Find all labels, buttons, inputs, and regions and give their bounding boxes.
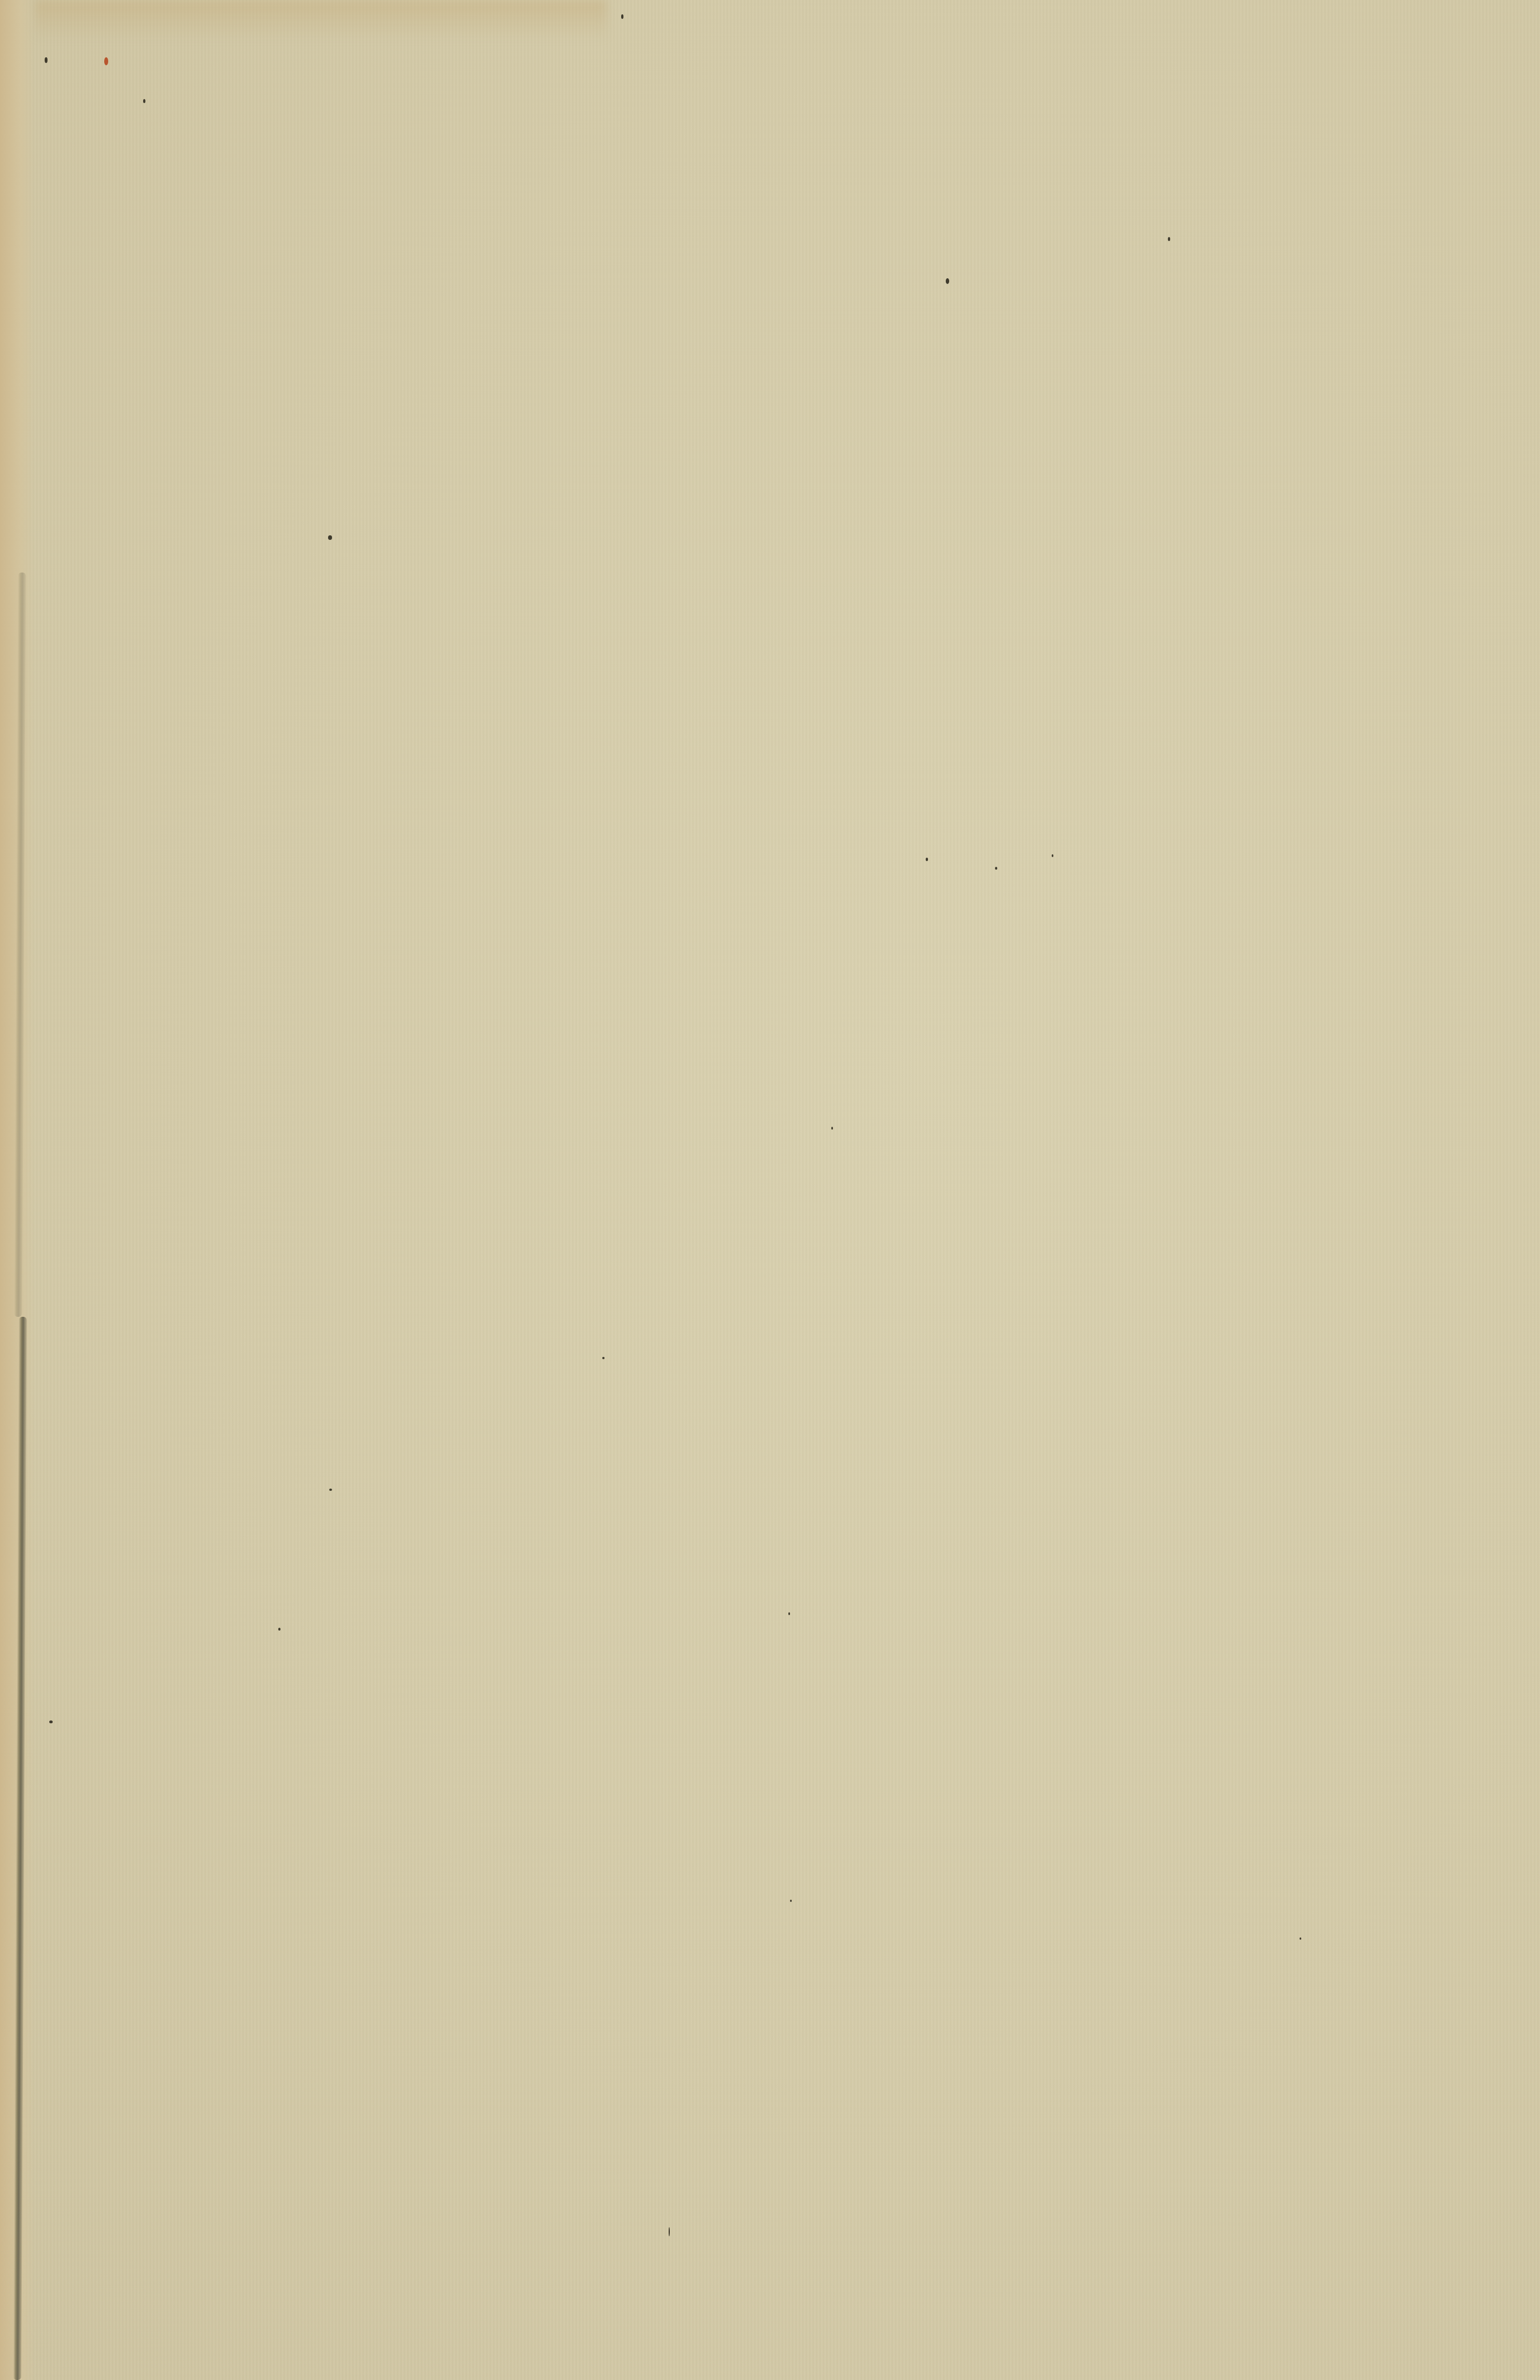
speck xyxy=(790,1900,792,1902)
top-edge-stain xyxy=(34,0,607,40)
speck xyxy=(621,14,623,19)
speck xyxy=(831,1127,833,1130)
speck xyxy=(1168,237,1170,241)
speck xyxy=(1300,1937,1301,1940)
speck xyxy=(946,278,949,284)
speck xyxy=(329,1489,332,1491)
speck xyxy=(995,867,997,870)
blank-book-page xyxy=(0,0,1540,2380)
speck xyxy=(45,57,48,63)
speck xyxy=(1052,854,1053,857)
speck xyxy=(788,1612,790,1615)
speck xyxy=(278,1628,281,1631)
speck xyxy=(669,2227,670,2236)
speck xyxy=(602,1357,605,1359)
speck xyxy=(926,858,928,861)
speck xyxy=(49,1720,53,1723)
speck xyxy=(143,99,145,103)
speck xyxy=(328,535,332,540)
rust-spot xyxy=(104,57,108,65)
